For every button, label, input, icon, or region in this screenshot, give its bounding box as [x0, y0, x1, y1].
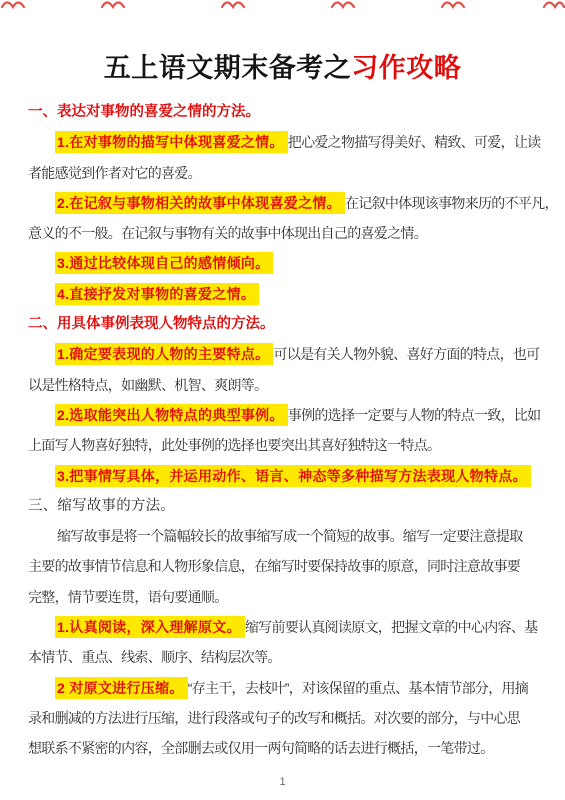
highlighted-point: 3.通过比较体现自己的感情倾向。: [55, 252, 273, 274]
list-item: 1.在对事物的描写中体现喜爱之情。把心爱之物描写得美好、精致、可爱，让读: [28, 127, 538, 157]
document-page: 五上语文期末备考之习作攻略 一、表达对事物的喜爱之情的方法。 1.在对事物的描写…: [0, 0, 565, 800]
section-heading-2: 二、用具体事例表现人物特点的方法。: [28, 309, 538, 339]
highlighted-point: 1.确定要表现的人物的主要特点。: [55, 343, 273, 365]
body-text: “存主干，去枝叶”，对该保留的重点、基本情节部分，用摘: [188, 680, 528, 696]
highlighted-point: 1.认真阅读，深入理解原文。: [55, 616, 245, 638]
body-line: 主要的故事情节信息和人物形象信息，在缩写时要保持故事的原意，同时注意故事要: [28, 551, 538, 581]
list-item: 2 对原文进行压缩。“存主干，去枝叶”，对该保留的重点、基本情节部分，用摘: [28, 673, 538, 703]
body-text: 把心爱之物描写得美好、精致、可爱，让读: [288, 134, 541, 150]
list-item: 1.认真阅读，深入理解原文。缩写前要认真阅读原文，把握文章的中心内容、基: [28, 612, 538, 642]
torn-edge-icon: [0, 0, 565, 10]
page-title-black: 五上语文期末备考之: [104, 53, 352, 83]
highlighted-point: 2.在记叙与事物相关的故事中体现喜爱之情。: [55, 192, 345, 214]
highlighted-point: 2.选取能突出人物特点的典型事例。: [55, 404, 288, 426]
highlighted-point: 3.把事情写具体，并运用动作、语言、神态等多种描写方法表现人物特点。: [55, 465, 531, 487]
body-line: 录和删减的方法进行压缩，进行段落或句子的改写和概括。对次要的部分，与中心思: [28, 703, 538, 733]
body-text: 缩写前要认真阅读原文，把握文章的中心内容、基: [245, 619, 538, 635]
body-line: 上面写人物喜好独特，此处事例的选择也要突出其喜好独特这一特点。: [28, 430, 538, 460]
body-line: 缩写故事是将一个篇幅较长的故事缩写成一个简短的故事。缩写一定要注意提取: [28, 521, 538, 551]
body-line: 本情节、重点、线索、顺序、结构层次等。: [28, 642, 538, 672]
list-item: 2.在记叙与事物相关的故事中体现喜爱之情。在记叙中体现该事物来历的不平凡，: [28, 188, 538, 218]
list-item: 1.确定要表现的人物的主要特点。可以是有关人物外貌、喜好方面的特点，也可: [28, 339, 538, 369]
body-line: 者能感觉到作者对它的喜爱。: [28, 158, 538, 188]
body-line: 以是性格特点，如幽默、机智、爽朗等。: [28, 370, 538, 400]
page-title: 五上语文期末备考之习作攻略: [0, 46, 565, 85]
highlighted-point: 2 对原文进行压缩。: [55, 677, 188, 699]
list-item: 3.把事情写具体，并运用动作、语言、神态等多种描写方法表现人物特点。: [28, 461, 538, 491]
body-line: 意义的不一般。在记叙与事物有关的故事中体现出自己的喜爱之情。: [28, 218, 538, 248]
section-heading-3: 三、缩写故事的方法。: [28, 491, 538, 521]
list-item: 4.直接抒发对事物的喜爱之情。: [28, 279, 538, 309]
body-text: 在记叙中体现该事物来历的不平凡，: [345, 195, 558, 211]
section-heading-1: 一、表达对事物的喜爱之情的方法。: [28, 97, 538, 127]
body-text: 可以是有关人物外貌、喜好方面的特点，也可: [273, 346, 539, 362]
body-text: 事例的选择一定要与人物的特点一致，比如: [288, 407, 541, 423]
body-line: 想联系不紧密的内容，全部删去或仅用一两句简略的话去进行概括，一笔带过。: [28, 733, 538, 763]
highlighted-point: 1.在对事物的描写中体现喜爱之情。: [55, 131, 288, 153]
list-item: 3.通过比较体现自己的感情倾向。: [28, 248, 538, 278]
document-body: 一、表达对事物的喜爱之情的方法。 1.在对事物的描写中体现喜爱之情。把心爱之物描…: [28, 97, 538, 764]
highlighted-point: 4.直接抒发对事物的喜爱之情。: [55, 283, 259, 305]
body-line: 完整，情节要连贯，语句要通顺。: [28, 582, 538, 612]
list-item: 2.选取能突出人物特点的典型事例。事例的选择一定要与人物的特点一致，比如: [28, 400, 538, 430]
page-title-red: 习作攻略: [351, 53, 461, 83]
page-number: 1: [0, 776, 565, 788]
